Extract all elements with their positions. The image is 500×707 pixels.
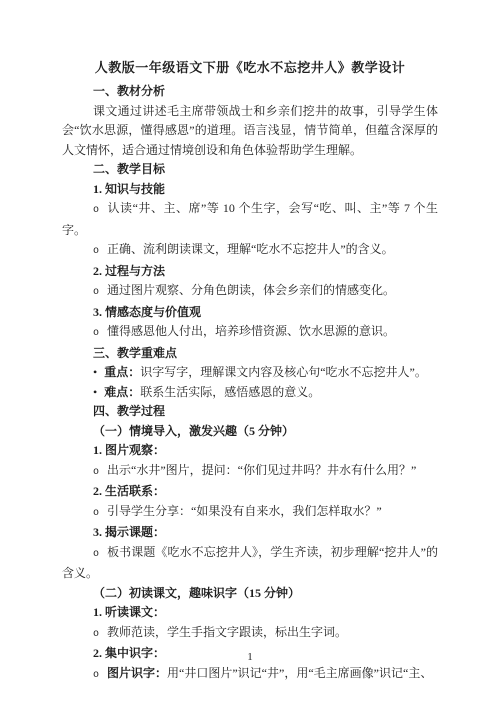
list-item: o认读“井、主、席”等 10 个生字，会写“吃、叫、主”等 7 个生字。 (62, 199, 438, 240)
sub-heading-attitude-values: 3. 情感态度与价值观 (62, 303, 438, 323)
list-item: o出示“水井”图片，提问：“你们见过井吗？井水有什么用？” (62, 461, 438, 483)
section-heading-material-analysis: 一、教材分析 (62, 82, 438, 102)
circle-bullet-icon: o (93, 246, 107, 257)
list-item-text: 引导学生分享：“如果没有自来水，我们怎样取水？” (107, 504, 382, 518)
sub-heading-reveal-topic: 3. 揭示课题： (62, 523, 438, 543)
list-item-text: 懂得感恩他人付出，培养珍惜资源、饮水思源的意识。 (107, 324, 395, 338)
stage-heading-first-reading: （二）初读课文，趣味识字（15 分钟） (62, 584, 438, 604)
list-item: •难点：联系生活实际，感悟感恩的意义。 (62, 383, 438, 403)
list-item-lead: 图片识字： (107, 666, 167, 680)
list-item: o通过图片观察、分角色朗读，体会乡亲们的情感变化。 (62, 281, 438, 303)
dot-bullet-icon: • (93, 385, 104, 399)
list-item-text: 识字写字，理解课文内容及核心句“吃水不忘挖井人”。 (140, 365, 427, 379)
list-item-text: 板书课题《吃水不忘挖井人》，学生齐读，初步理解“挖井人”的含义。 (62, 545, 438, 581)
list-item-text: 出示“水井”图片，提问：“你们见过井吗？井水有什么用？” (107, 463, 416, 477)
list-item: o引导学生分享：“如果没有自来水，我们怎样取水？” (62, 502, 438, 524)
document-body: 一、教材分析 课文通过讲述毛主席带领战士和乡亲们挖井的故事，引导学生体会“饮水思… (62, 82, 438, 685)
circle-bullet-icon: o (93, 287, 107, 298)
section-heading-teaching-process: 四、教学过程 (62, 402, 438, 422)
sub-heading-listen-read: 1. 听读课文： (62, 603, 438, 623)
list-item: o板书课题《吃水不忘挖井人》，学生齐读，初步理解“挖井人”的含义。 (62, 543, 438, 584)
circle-bullet-icon: o (93, 205, 107, 216)
circle-bullet-icon: o (93, 328, 107, 339)
list-item: o懂得感恩他人付出，培养珍惜资源、饮水思源的意识。 (62, 322, 438, 344)
circle-bullet-icon: o (93, 629, 107, 640)
document-page: 人教版一年级语文下册《吃水不忘挖井人》教学设计 一、教材分析 课文通过讲述毛主席… (0, 0, 500, 707)
section-heading-key-difficult-points: 三、教学重难点 (62, 344, 438, 364)
dot-bullet-icon: • (93, 365, 104, 379)
list-item: o正确、流利朗读课文，理解“吃水不忘挖井人”的含义。 (62, 240, 438, 262)
list-item-text: 用“井口图片”识记“井”，用“毛主席画像”识记“主、 (167, 666, 432, 680)
list-item: o图片识字：用“井口图片”识记“井”，用“毛主席画像”识记“主、 (62, 664, 438, 686)
circle-bullet-icon: o (93, 670, 107, 681)
list-item-lead: 难点： (104, 385, 140, 399)
paragraph-material-analysis: 课文通过讲述毛主席带领战士和乡亲们挖井的故事，引导学生体会“饮水思源，懂得感恩”… (62, 102, 438, 161)
page-number: 1 (0, 651, 500, 663)
list-item: •重点：识字写字，理解课文内容及核心句“吃水不忘挖井人”。 (62, 363, 438, 383)
stage-heading-situation-intro: （一）情境导入，激发兴趣（5 分钟） (62, 422, 438, 442)
circle-bullet-icon: o (93, 549, 107, 560)
list-item: o教师范读，学生手指文字跟读，标出生字词。 (62, 623, 438, 645)
sub-heading-knowledge-skills: 1. 知识与技能 (62, 180, 438, 200)
circle-bullet-icon: o (93, 508, 107, 519)
list-item-text: 通过图片观察、分角色朗读，体会乡亲们的情感变化。 (107, 283, 395, 297)
list-item-text: 认读“井、主、席”等 10 个生字，会写“吃、叫、主”等 7 个生字。 (62, 201, 438, 237)
sub-heading-process-method: 2. 过程与方法 (62, 262, 438, 282)
document-title: 人教版一年级语文下册《吃水不忘挖井人》教学设计 (0, 57, 500, 78)
list-item-text: 正确、流利朗读课文，理解“吃水不忘挖井人”的含义。 (107, 242, 394, 256)
list-item-text: 联系生活实际，感悟感恩的意义。 (140, 385, 320, 399)
circle-bullet-icon: o (93, 467, 107, 478)
sub-heading-life-connection: 2. 生活联系： (62, 482, 438, 502)
list-item-lead: 重点： (104, 365, 140, 379)
sub-heading-picture-observation: 1. 图片观察： (62, 441, 438, 461)
section-heading-teaching-goals: 二、教学目标 (62, 160, 438, 180)
list-item-text: 教师范读，学生手指文字跟读，标出生字词。 (107, 625, 347, 639)
